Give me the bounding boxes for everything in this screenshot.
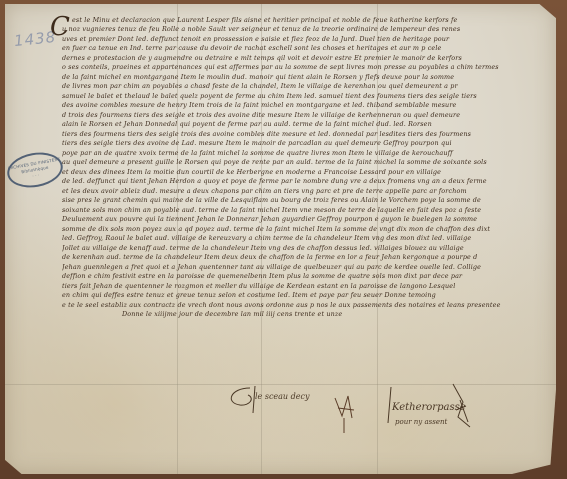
notary-mark-icon: [330, 388, 360, 438]
text-line: en chim qui deffes estre tenuz et greue …: [62, 291, 540, 300]
text-line: et les deux avoir ableiz dud. mesure a d…: [62, 187, 540, 196]
text-line: e te le seel establiz aux contractz de v…: [62, 301, 540, 310]
text-line: Deuluement aux pouvre qui la tiennent Je…: [62, 215, 540, 224]
text-line: dernes e protestacion de y augmendre ou …: [62, 54, 540, 63]
signature-text: pour ny assent: [395, 418, 447, 426]
text-line: uves et premier Dont led. deffunct tenoi…: [62, 35, 540, 44]
text-line: u noz vugnieres tenuz de feu Rolle a nob…: [62, 25, 540, 34]
text-line: en fuer ca tenue en Ind. terre par cause…: [62, 44, 540, 53]
text-line: de la faint michel en montgargane Item l…: [62, 73, 540, 82]
text-line: deffion e chim festivit estre en la paro…: [62, 272, 540, 281]
charter-text: est le Minu et declaracion que Laurent L…: [62, 16, 540, 320]
text-line: Donne le xiiijme jour de decembre lan mi…: [62, 310, 540, 319]
text-line: des avoine combles mesure de henry Item …: [62, 101, 540, 110]
text-line: de kerenhan aud. terme de la chandeleur …: [62, 253, 540, 262]
text-line: led. Geffroy, Raoul le balet aud. villai…: [62, 234, 540, 243]
text-line: et deux des dinees Item la moitie dun co…: [62, 168, 540, 177]
text-line: Jollet au villaige de kenaff aud. terme …: [62, 244, 540, 253]
stamp-line: · · ·: [32, 172, 40, 179]
text-line: tiers des fourmens tiers des seigle troi…: [62, 130, 540, 139]
text-line: o ses conteils, praeines et appartenance…: [62, 63, 540, 72]
signature-right-sub: pour ny assent: [395, 418, 447, 426]
text-line: soixante sols mon chim an poyable aud. t…: [62, 206, 540, 215]
text-line: tiers des seigle tiers des avoine de Lad…: [62, 139, 540, 148]
text-line: alain le Rorsen et Jehan Donnedal qui po…: [62, 120, 540, 129]
text-line: au quel demeure a present guille le Rors…: [62, 158, 540, 167]
text-line: Jehan guennlegen a fret quoi et a Jehan …: [62, 263, 540, 272]
text-line: de livres mon par chim an poyables a cha…: [62, 82, 540, 91]
text-line: tiers fait Jehan de quentenner le rozgmo…: [62, 282, 540, 291]
signature-flourish-icon: [220, 383, 270, 423]
signature-left-line-icon: [385, 385, 395, 425]
text-line: sise pres le grant chemin qui maine de l…: [62, 196, 540, 205]
text-line: poye par an de quatre xvoix terme de la …: [62, 149, 540, 158]
signature-paraph-icon: [448, 382, 478, 432]
text-line: de led. deffunct qui tient Jehan Herdon …: [62, 177, 540, 186]
text-line: samuel le balet et thelaud le balet quel…: [62, 92, 540, 101]
text-line: est le Minu et declaracion que Laurent L…: [62, 16, 540, 25]
text-line: somme de dix sols mon poyez aux a qd poy…: [62, 225, 540, 234]
text-line: d trois des fourmens tiers des seigle et…: [62, 111, 540, 120]
